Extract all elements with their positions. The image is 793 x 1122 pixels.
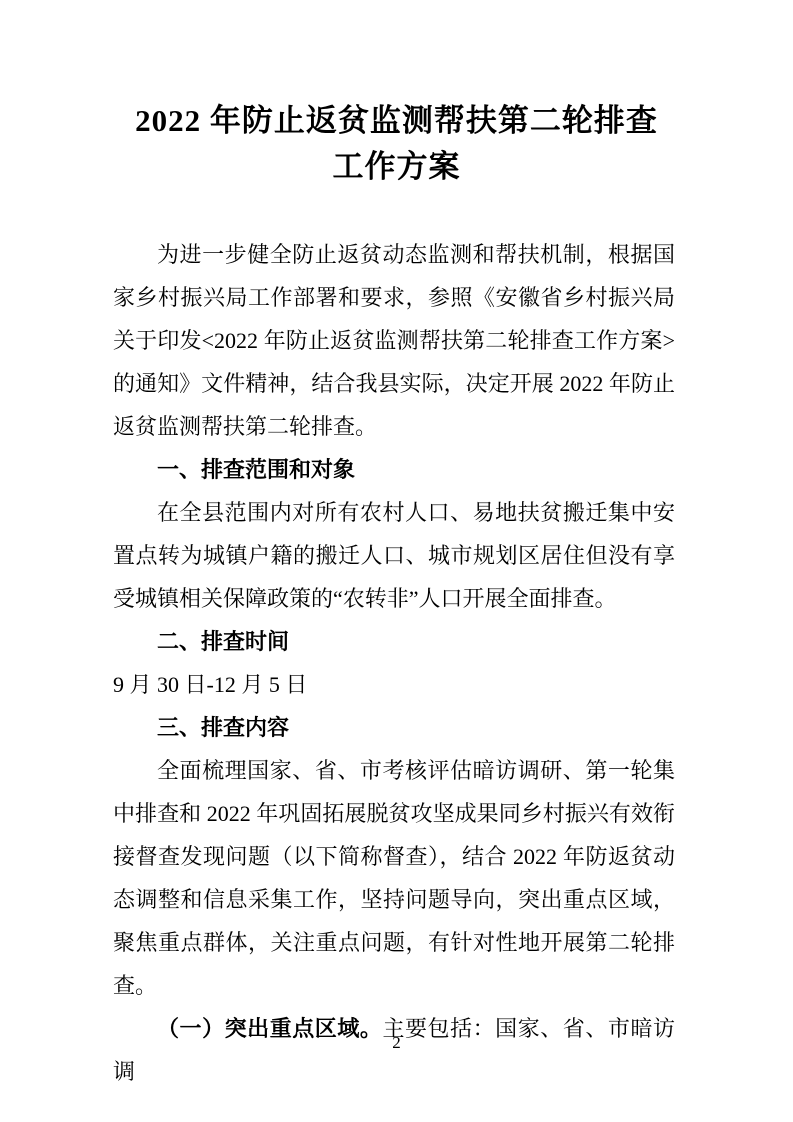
paragraph: 在全县范围内对所有农村人口、易地扶贫搬迁集中安置点转为城镇户籍的搬迁人口、城市规… bbox=[113, 491, 675, 620]
section-heading: 一、排查范围和对象 bbox=[113, 448, 675, 491]
section-heading: 二、排查时间 bbox=[113, 620, 675, 663]
document-body: 为进一步健全防止返贫动态监测和帮扶机制，根据国家乡村振兴局工作部署和要求，参照《… bbox=[113, 233, 675, 1093]
paragraph: 全面梳理国家、省、市考核评估暗访调研、第一轮集中排查和 2022 年巩固拓展脱贫… bbox=[113, 749, 675, 1007]
document-page: 2022 年防止返贫监测帮扶第二轮排查 工作方案 为进一步健全防止返贫动态监测和… bbox=[0, 0, 793, 1122]
section-heading: 三、排查内容 bbox=[113, 706, 675, 749]
document-title-line1: 2022 年防止返贫监测帮扶第二轮排查 bbox=[135, 103, 658, 138]
page-number: 2 bbox=[0, 1032, 793, 1054]
date-range-line: 9 月 30 日-12 月 5 日 bbox=[113, 663, 675, 706]
document-title: 2022 年防止返贫监测帮扶第二轮排查 工作方案 bbox=[40, 98, 753, 190]
document-title-line2: 工作方案 bbox=[333, 149, 461, 184]
paragraph: 为进一步健全防止返贫动态监测和帮扶机制，根据国家乡村振兴局工作部署和要求，参照《… bbox=[113, 233, 675, 448]
